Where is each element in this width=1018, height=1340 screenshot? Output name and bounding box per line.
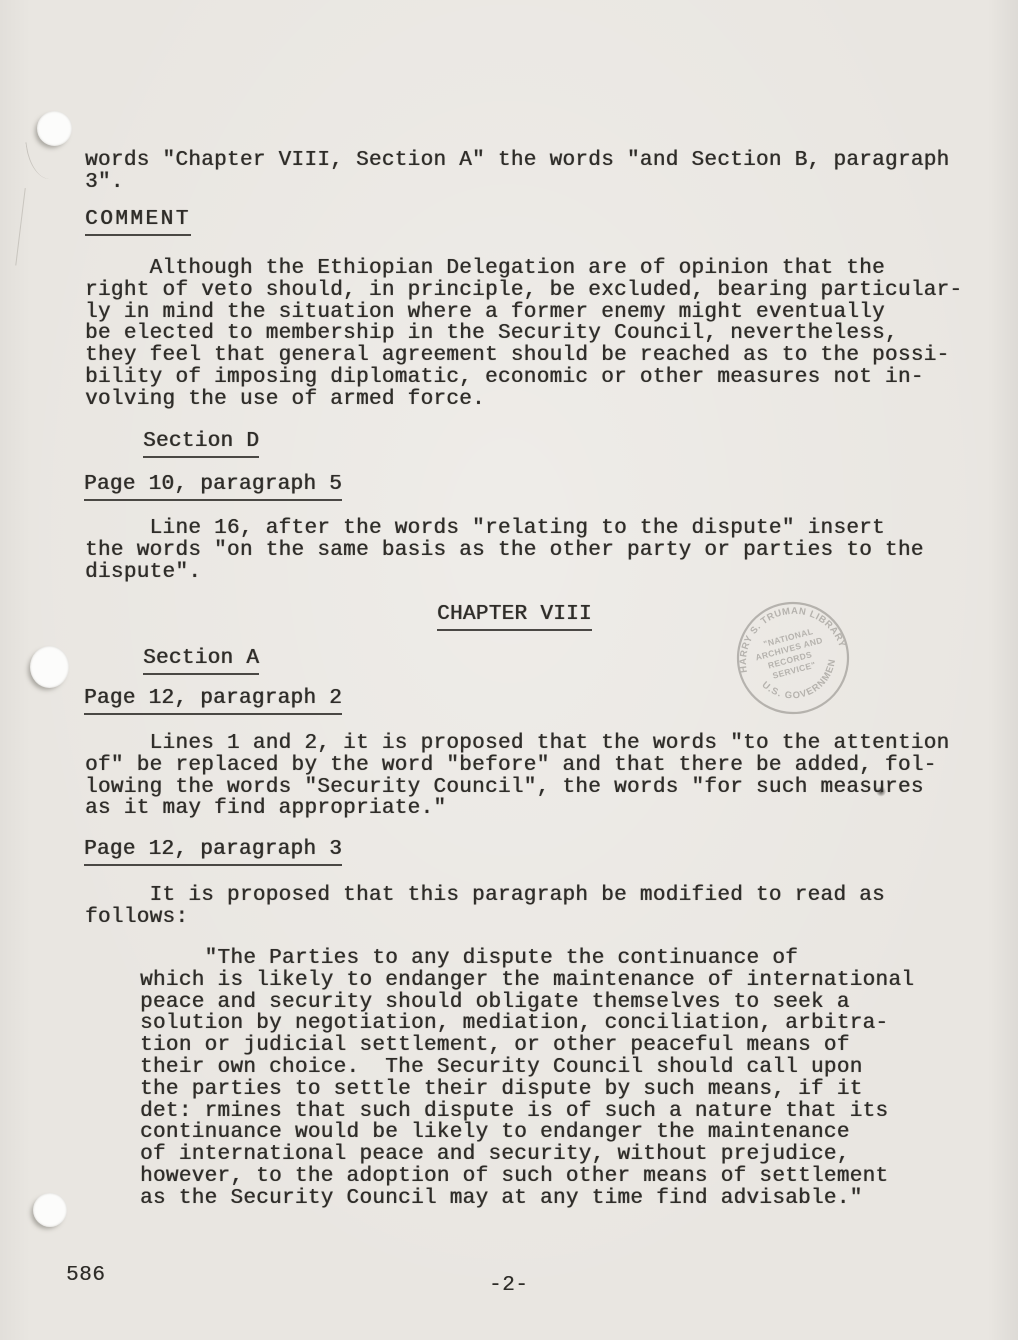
archives-stamp: HARRY S. TRUMAN LIBRARY U.S. GOVERNMENT …	[720, 585, 867, 732]
text-line: as the Security Council may at any time …	[140, 1188, 914, 1210]
text-line: volving the use of armed force.	[85, 389, 962, 411]
text-line: Line 16, after the words "relating to th…	[85, 518, 924, 540]
text-line: "The Parties to any dispute the continua…	[140, 948, 914, 970]
text-line: ly in mind the situation where a former …	[85, 302, 962, 324]
text-line: Although the Ethiopian Delegation are of…	[85, 258, 962, 280]
text-line: of international peace and security, wit…	[140, 1144, 914, 1166]
paper-crease	[15, 188, 29, 266]
page-number: -2-	[489, 1274, 528, 1297]
archives-stamp-graphic: HARRY S. TRUMAN LIBRARY U.S. GOVERNMENT …	[720, 585, 867, 732]
text-line: dispute".	[85, 562, 924, 584]
text-line: their own choice. The Security Council s…	[140, 1057, 914, 1079]
chapter-viii-heading: CHAPTER VIII	[437, 603, 592, 631]
text-line: bility of imposing diplomatic, economic …	[85, 367, 962, 389]
comment-paragraph: Although the Ethiopian Delegation are of…	[85, 258, 962, 411]
hole-punch-bottom	[33, 1193, 67, 1227]
intro-paragraph: words "Chapter VIII, Section A" the word…	[85, 150, 949, 194]
stamp-center-text: "NATIONAL ARCHIVES AND RECORDS SERVICE"	[752, 624, 833, 684]
page-10-paragraph-5-heading: Page 10, paragraph 5	[84, 473, 342, 501]
text-line: lowing the words "Security Council", the…	[85, 777, 949, 799]
text-line: det: rmines that such dispute is of such…	[140, 1101, 914, 1123]
text-line: the parties to settle their dispute by s…	[140, 1079, 914, 1101]
page-12-paragraph-2-heading: Page 12, paragraph 2	[84, 687, 342, 715]
text-line: follows:	[85, 907, 885, 929]
section-d-heading: Section D	[143, 430, 259, 458]
document-number: 586	[66, 1264, 105, 1287]
text-line: It is proposed that this paragraph be mo…	[85, 885, 885, 907]
document-page: words "Chapter VIII, Section A" the word…	[0, 0, 1018, 1340]
page-12-paragraph-2-text: Lines 1 and 2, it is proposed that the w…	[85, 733, 949, 820]
text-line: words "Chapter VIII, Section A" the word…	[85, 150, 949, 172]
text-line: solution by negotiation, mediation, conc…	[140, 1013, 914, 1035]
page-10-paragraph-5-text: Line 16, after the words "relating to th…	[85, 518, 924, 583]
comment-heading: COMMENT	[85, 208, 191, 236]
ink-smudge	[876, 786, 886, 797]
text-line: Lines 1 and 2, it is proposed that the w…	[85, 733, 949, 755]
text-line: tion or judicial settlement, or other pe…	[140, 1035, 914, 1057]
hole-punch-middle	[30, 646, 69, 688]
text-line: 3".	[85, 172, 949, 194]
text-line: the words "on the same basis as the othe…	[85, 540, 924, 562]
page-12-paragraph-3-text: It is proposed that this paragraph be mo…	[85, 885, 885, 929]
text-line: peace and security should obligate thems…	[140, 992, 914, 1014]
page-12-paragraph-3-heading: Page 12, paragraph 3	[84, 838, 342, 866]
text-line: continuance would be likely to endanger …	[140, 1122, 914, 1144]
text-line: be elected to membership in the Security…	[85, 323, 962, 345]
text-line: which is likely to endanger the maintena…	[140, 970, 914, 992]
text-line: however, to the adoption of such other m…	[140, 1166, 914, 1188]
text-line: as it may find appropriate."	[85, 798, 949, 820]
text-line: right of veto should, in principle, be e…	[85, 280, 962, 302]
section-a-heading: Section A	[143, 647, 259, 675]
paper-crease	[25, 138, 59, 182]
text-line: of" be replaced by the word "before" and…	[85, 755, 949, 777]
block-quote: "The Parties to any dispute the continua…	[140, 948, 914, 1210]
text-line: they feel that general agreement should …	[85, 345, 962, 367]
